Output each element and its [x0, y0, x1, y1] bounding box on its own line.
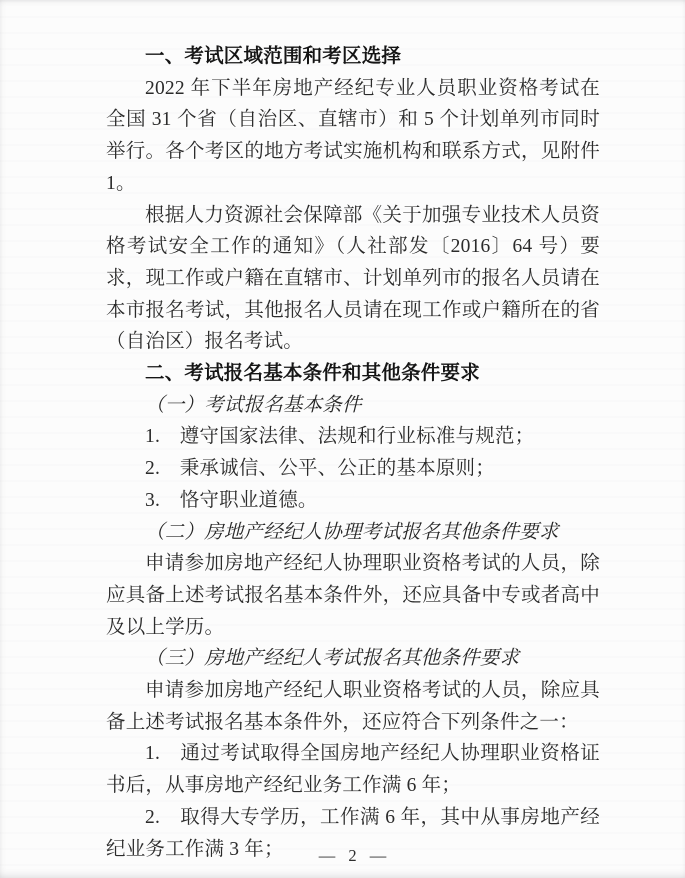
para-exam-scope: 2022 年下半年房地产经纪专业人员职业资格考试在全国 31 个省（自治区、直辖…: [106, 73, 600, 200]
para-security-notice: 根据人力资源社会保障部《关于加强专业技术人员资格考试安全工作的通知》（人社部发〔…: [106, 200, 600, 359]
section-2-heading: 二、考试报名基本条件和其他条件要求: [106, 358, 600, 390]
item-basic-condition-2: 2. 秉承诚信、公平、公正的基本原则；: [106, 453, 600, 485]
item-broker-condition-1: 1. 通过考试取得全国房地产经纪人协理职业资格证书后，从事房地产经纪业务工作满 …: [106, 738, 600, 801]
item-basic-condition-1: 1. 遵守国家法律、法规和行业标准与规范；: [106, 421, 600, 453]
para-assistant-requirements: 申请参加房地产经纪人协理职业资格考试的人员，除应具备上述考试报名基本条件外，还应…: [106, 548, 600, 643]
para-broker-requirements: 申请参加房地产经纪人职业资格考试的人员，除应具备上述考试报名基本条件外，还应符合…: [106, 675, 600, 738]
subsection-2-3-heading: （三）房地产经纪人考试报名其他条件要求: [106, 643, 600, 675]
page-number: — 2 —: [319, 846, 388, 865]
section-1-heading: 一、考试区域范围和考区选择: [106, 41, 600, 73]
item-basic-condition-3: 3. 恪守职业道德。: [106, 485, 600, 517]
scanned-document-page: 一、考试区域范围和考区选择 2022 年下半年房地产经纪专业人员职业资格考试在全…: [0, 0, 685, 878]
subsection-2-2-heading: （二）房地产经纪人协理考试报名其他条件要求: [106, 517, 600, 549]
subsection-2-1-heading: （一）考试报名基本条件: [106, 390, 600, 422]
page-footer: — 2 —: [106, 846, 600, 866]
document-body: 一、考试区域范围和考区选择 2022 年下半年房地产经纪专业人员职业资格考试在全…: [106, 41, 600, 865]
